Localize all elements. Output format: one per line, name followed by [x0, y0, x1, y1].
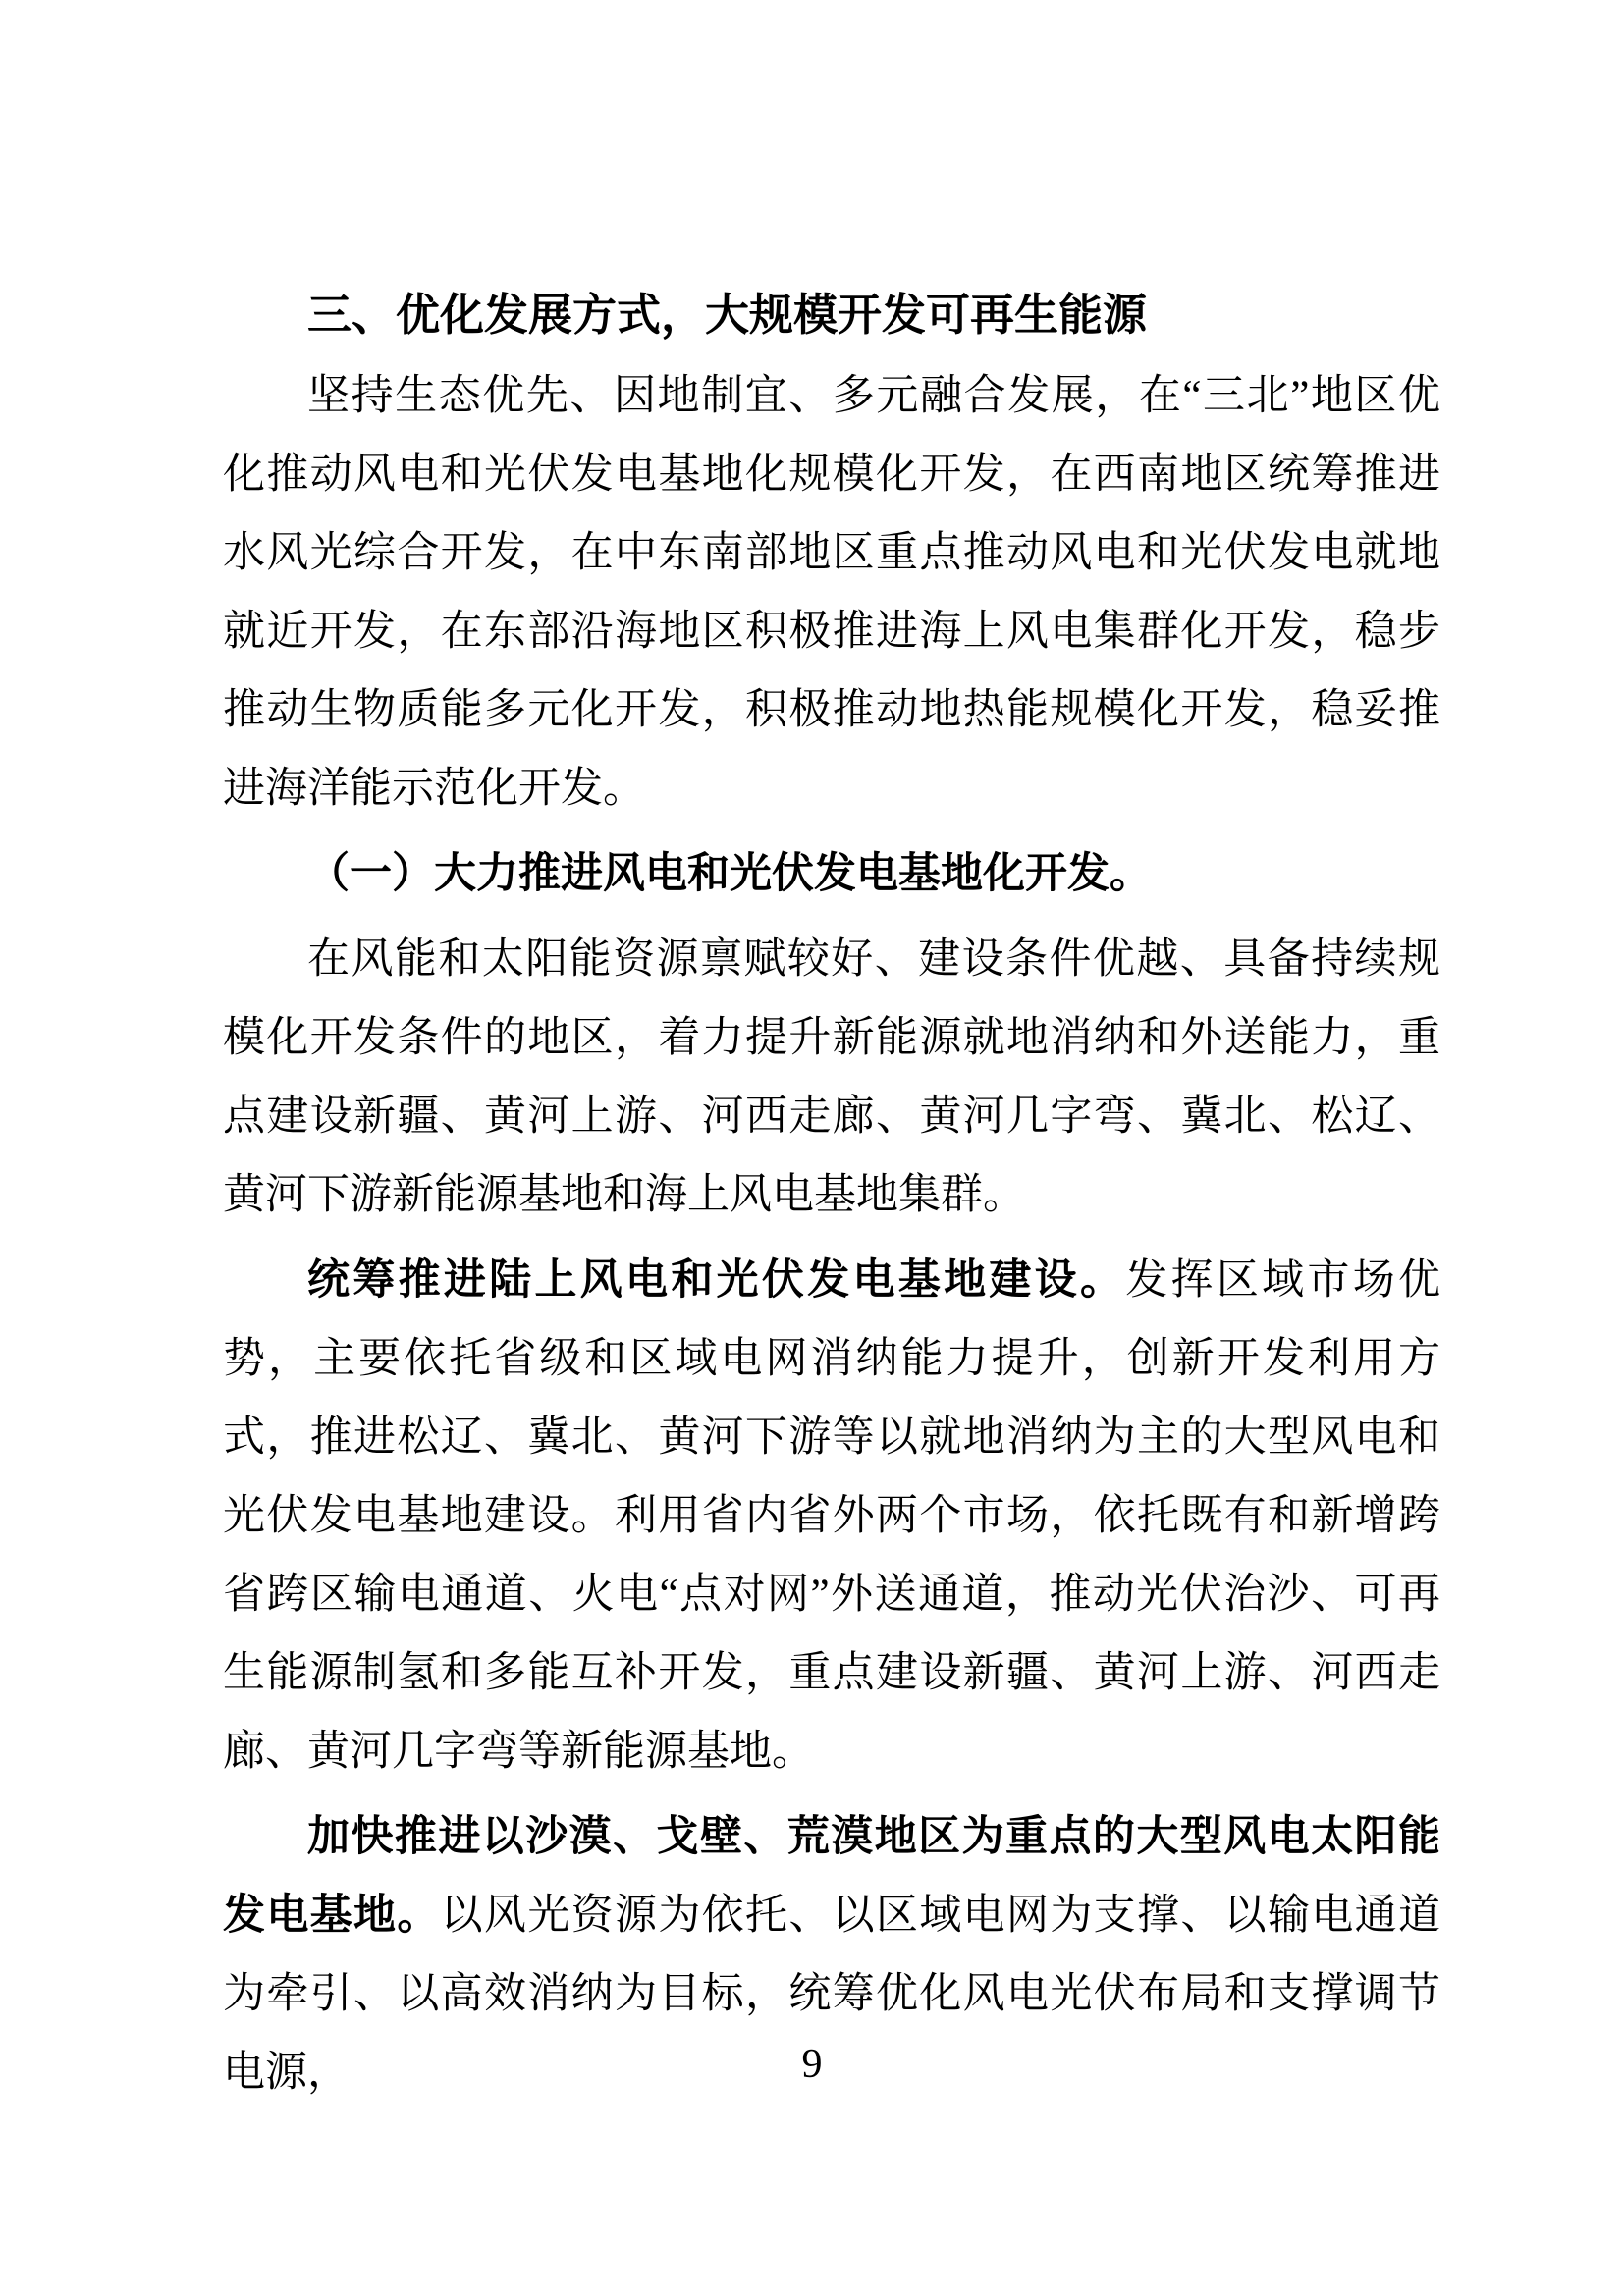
document-page: 三、优化发展方式，大规模开发可再生能源坚持生态优先、因地制宜、多元融合发展，在“… — [0, 0, 1624, 2296]
body-paragraph-2: 在风能和太阳能资源禀赋较好、建设条件优越、具备持续规模化开发条件的地区，着力提升… — [223, 921, 1440, 1235]
bold-text-run: 统筹推进陆上风电和光伏发电基地建设。 — [307, 1257, 1125, 1304]
bold-text-run: （一）大力推进风电和光伏发电基地化开发。 — [307, 851, 1152, 897]
body-paragraph-1: 坚持生态优先、因地制宜、多元融合发展，在“三北”地区优化推动风电和光伏发电基地化… — [223, 357, 1440, 828]
bold-text-run: 三、优化发展方式，大规模开发可再生能源 — [307, 290, 1147, 340]
sub-heading-1: （一）大力推进风电和光伏发电基地化开发。 — [223, 835, 1440, 914]
document-body: 三、优化发展方式，大规模开发可再生能源坚持生态优先、因地制宜、多元融合发展，在“… — [223, 276, 1440, 2119]
page-number: 9 — [0, 2040, 1624, 2089]
text-run: 在风能和太阳能资源禀赋较好、建设条件优越、具备持续规模化开发条件的地区，着力提升… — [223, 936, 1440, 1218]
text-run: 发挥区域市场优势，主要依托省级和区域电网消纳能力提升，创新开发利用方式，推进松辽… — [223, 1257, 1440, 1775]
text-run: 坚持生态优先、因地制宜、多元融合发展，在“三北”地区优化推动风电和光伏发电基地化… — [223, 373, 1440, 812]
section-heading: 三、优化发展方式，大规模开发可再生能源 — [223, 276, 1440, 354]
body-paragraph-3: 统筹推进陆上风电和光伏发电基地建设。发挥区域市场优势，主要依托省级和区域电网消纳… — [223, 1242, 1440, 1791]
